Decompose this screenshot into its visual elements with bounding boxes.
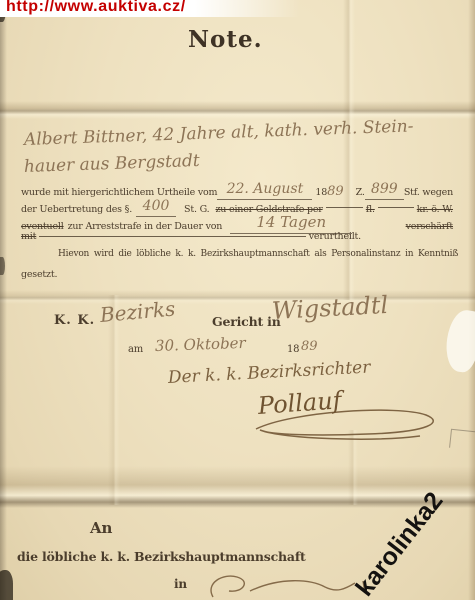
body-row-verurtheilt: mit verurtheilt.: [21, 231, 361, 242]
document-title: Note.: [188, 26, 263, 53]
handwritten-court-place: Wigstadtl: [271, 291, 389, 325]
signature-flourish: [248, 403, 448, 443]
struck-blank-rule: [39, 236, 305, 237]
printed-kk: K. K.: [54, 313, 95, 328]
struck-verschaerft: verschärft: [406, 221, 453, 232]
address-line1: die löbliche k. k. Bezirkshauptmannschaf…: [17, 549, 306, 564]
handwritten-duration: 14 Tagen: [256, 213, 326, 231]
blank-rule-kr: [378, 207, 414, 208]
scan-artifact-bottom-left: [0, 570, 13, 600]
handwritten-defendant-line1: Albert Bittner, 42 Jahre alt, kath. verh…: [24, 116, 414, 150]
printed-am: am: [128, 344, 143, 355]
notice-line1: Hievon wird die löbliche k. k. Bezirksha…: [21, 249, 461, 259]
handwritten-defendant-line2: hauer aus Bergstadt: [24, 151, 200, 177]
fold-crease-bottom: [0, 466, 475, 508]
fold-crease-vertical-2: [108, 295, 120, 505]
scanned-document: http://www.auktiva.cz/ Note. Albert Bitt…: [0, 0, 475, 600]
scan-right-edge-shadow: [468, 0, 475, 600]
handwritten-court-type: Bezirks: [99, 296, 176, 326]
printed-gericht-in: Gericht in: [212, 314, 281, 329]
blank-rule-fl: [326, 207, 363, 208]
printed-verurtheilt: verurtheilt.: [309, 231, 361, 242]
handwritten-year-2: 89: [301, 339, 318, 354]
handwritten-date: 22. August: [227, 181, 304, 197]
handwritten-paragraph-number: 400: [143, 198, 170, 214]
struck-mit: mit: [21, 231, 36, 242]
handwritten-case-number: 899: [371, 181, 398, 197]
scan-left-edge-shadow: [0, 0, 7, 600]
scan-artifact-left-mid: [0, 257, 5, 275]
printed-year-prefix-2: 18: [287, 344, 299, 355]
handwritten-signer-role: Der k. k. Bezirksrichter: [167, 357, 370, 388]
fold-crease-middle: [0, 290, 475, 304]
notice-line2: gesetzt.: [21, 269, 57, 280]
pencil-mark: [449, 429, 475, 451]
torn-paper-notch: [443, 308, 475, 374]
auction-url-watermark: http://www.auktiva.cz/: [6, 0, 186, 16]
handwritten-signature-date: 30. Oktober: [155, 334, 246, 355]
bottom-handwriting-flourish: [195, 573, 375, 600]
address-an: An: [90, 519, 112, 537]
address-in: in: [174, 577, 187, 591]
